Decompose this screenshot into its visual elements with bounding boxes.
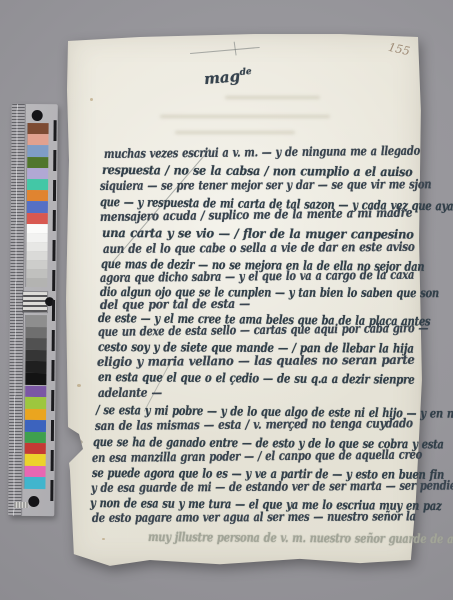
stain-speck [90, 98, 93, 101]
photograph-background: magde 155 muchas vezes escriui a v. m. —… [0, 0, 453, 600]
stain-speck [102, 538, 105, 540]
torn-notch [66, 426, 83, 464]
manuscript-page-wrapper [0, 0, 453, 600]
manuscript-page [66, 32, 423, 568]
stain-speck [77, 384, 81, 387]
